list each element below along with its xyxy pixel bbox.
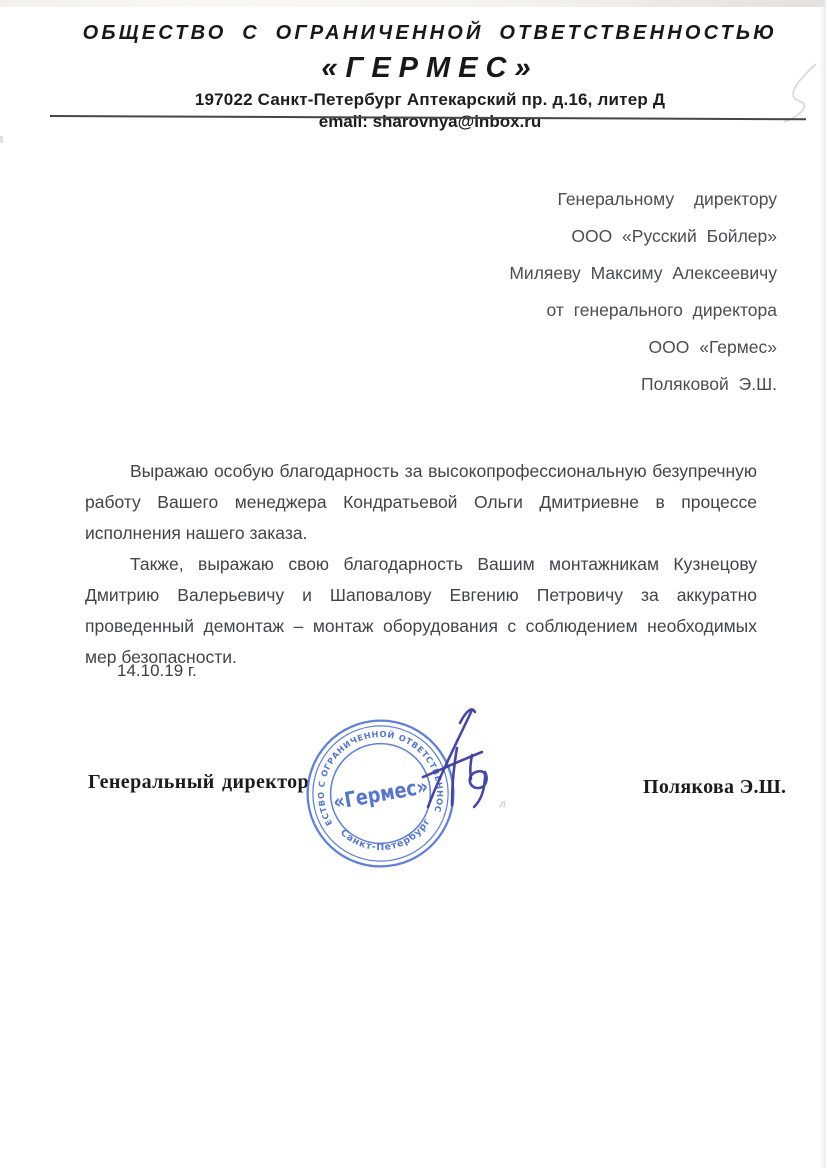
addressee-line: Генеральному директору	[509, 181, 777, 218]
scan-top-shadow	[0, 0, 826, 7]
org-name-line: «ГЕРМЕС»	[30, 52, 826, 85]
addressee-line: Миляеву Максиму Алексеевичу	[509, 255, 777, 292]
addressee-line: от генерального директора	[509, 292, 777, 329]
signatory-name: Полякова Э.Ш.	[643, 776, 786, 799]
addressee-line: ООО «Русский Бойлер»	[509, 218, 777, 255]
addressee-line: ООО «Гермес»	[509, 329, 777, 366]
signatory-title: Генеральный директор	[88, 771, 309, 794]
scan-right-shadow	[819, 0, 826, 1168]
addressee-block: Генеральному директору ООО «Русский Бойл…	[509, 181, 777, 403]
body-paragraph-2: Также, выражаю свою благодарность Вашим …	[85, 549, 757, 673]
scan-speck	[0, 136, 3, 143]
body-paragraph-1: Выражаю особую благодарность за высокопр…	[85, 456, 757, 549]
addressee-line: Поляковой Э.Ш.	[509, 366, 777, 403]
org-type-line: ОБЩЕСТВО С ОГРАНИЧЕННОЙ ОТВЕТСТВЕННОСТЬЮ	[30, 22, 826, 45]
handwritten-signature	[390, 695, 530, 827]
date-line: 14.10.19 г.	[117, 661, 197, 681]
org-address-line: 197022 Санкт-Петербург Аптекарский пр. д…	[30, 90, 826, 110]
letter-body: Выражаю особую благодарность за высокопр…	[85, 456, 757, 673]
scanned-letter-page: ОБЩЕСТВО С ОГРАНИЧЕННОЙ ОТВЕТСТВЕННОСТЬЮ…	[0, 0, 826, 1168]
